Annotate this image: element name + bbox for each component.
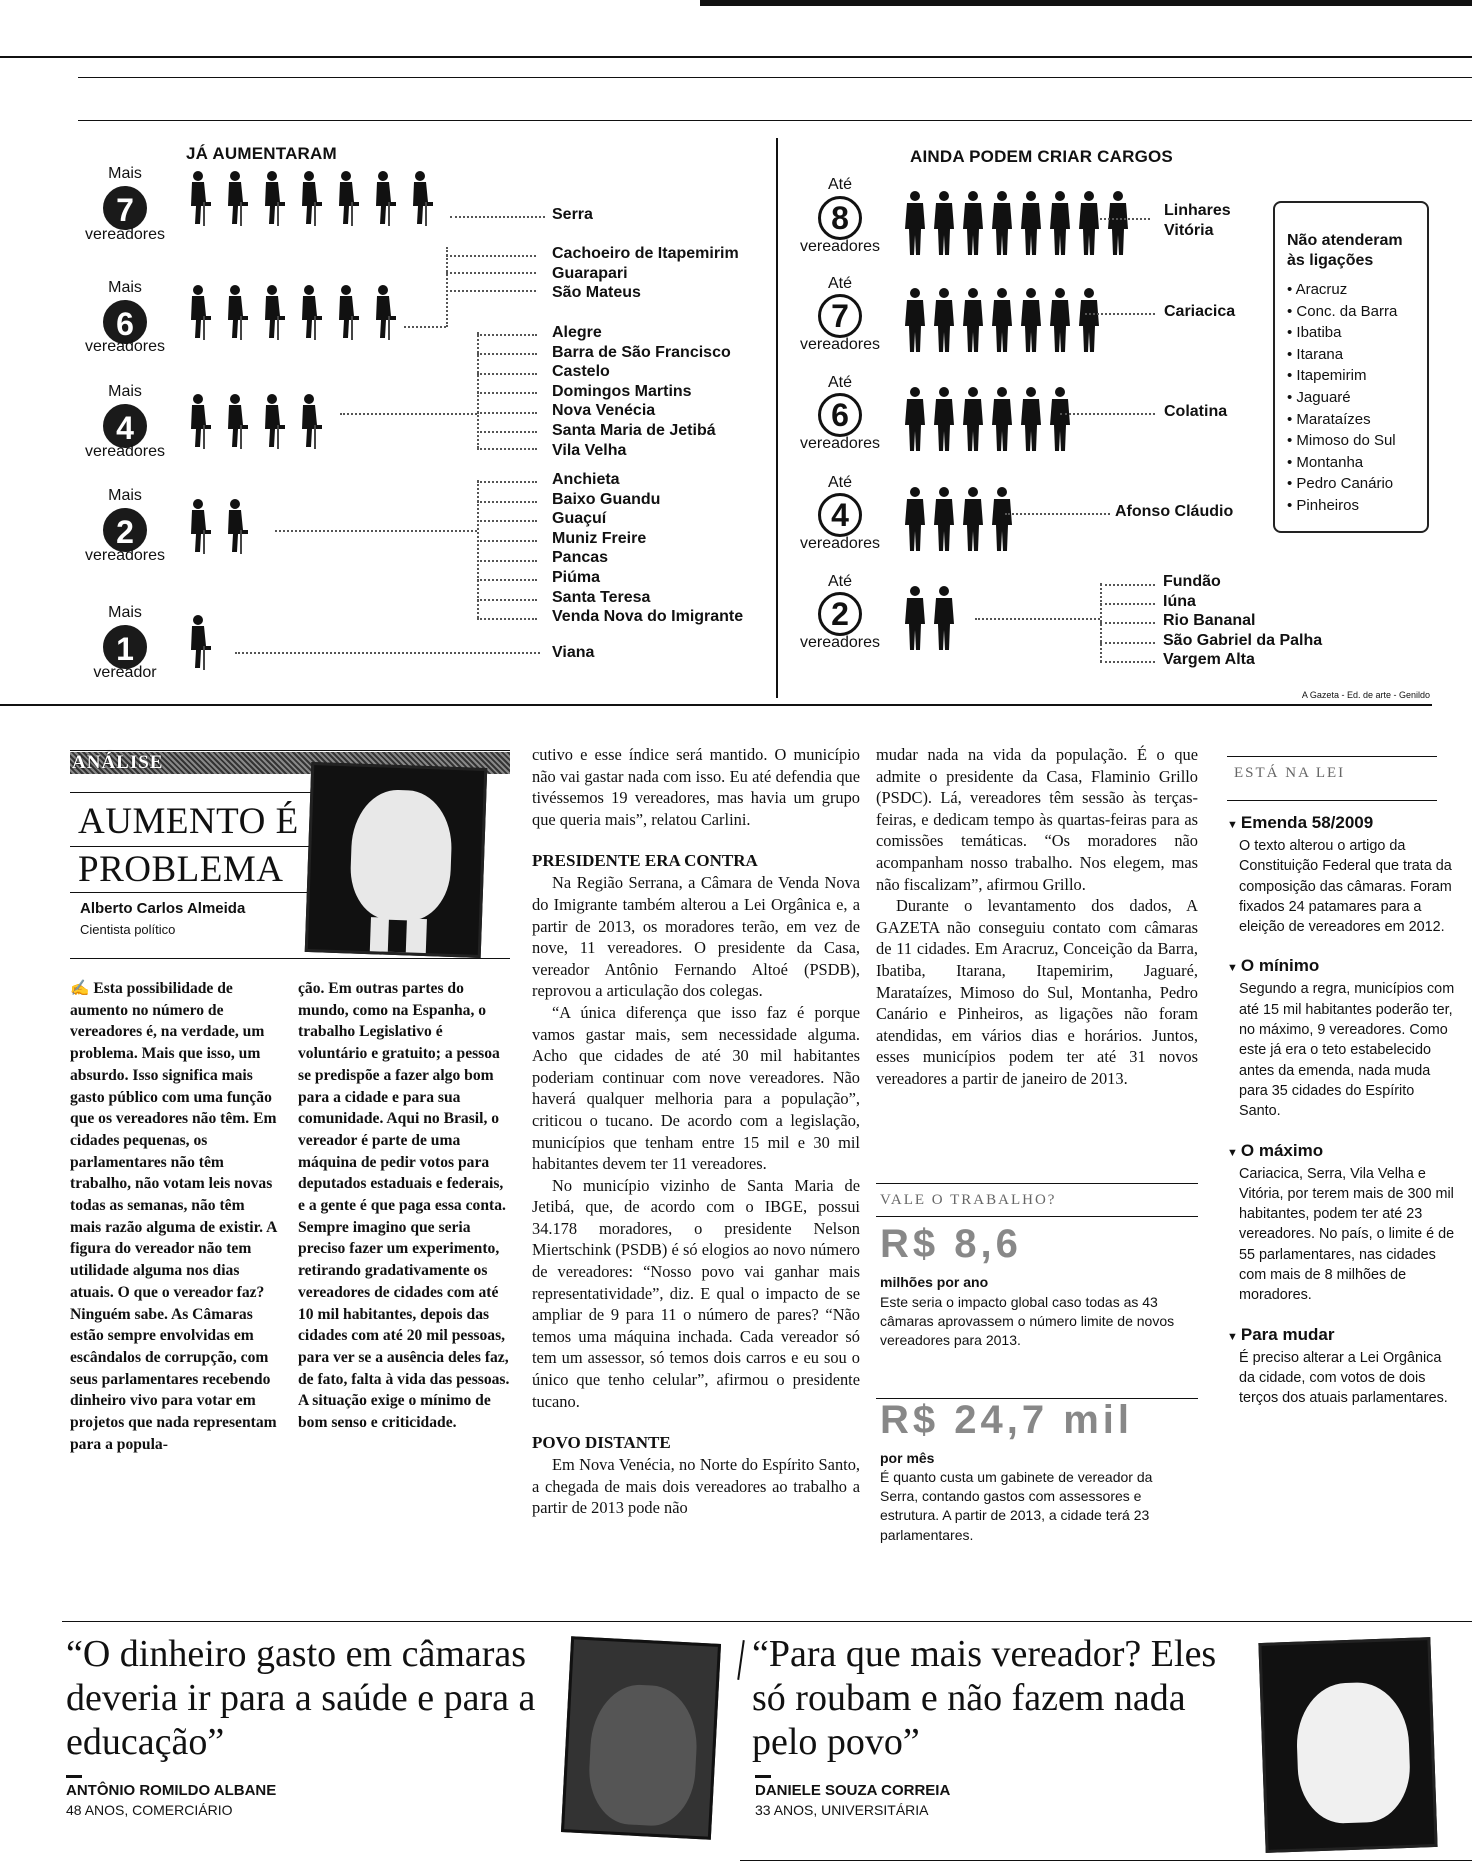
badge-prefix: Até — [785, 474, 895, 492]
badge-prefix: Mais — [70, 487, 180, 505]
city-name: Vargem Alta — [1163, 650, 1322, 670]
standing-person-icon — [932, 287, 956, 353]
triangle-down-icon: ▼ — [1227, 962, 1238, 974]
standing-person-icon — [961, 190, 985, 256]
quote-dash — [66, 1775, 82, 1778]
seated-person-icon — [368, 284, 398, 342]
connector-line — [477, 334, 537, 336]
connector-line — [477, 618, 537, 620]
subhead-presidente: PRESIDENTE ERA CONTRA — [532, 850, 860, 872]
no-answer-title: Não atenderam às ligações — [1287, 231, 1415, 271]
no-answer-item: • Conc. da Barra — [1287, 301, 1415, 323]
badge-suffix: vereadores — [70, 226, 180, 244]
infographic-left-title: JÁ AUMENTARAM — [186, 144, 337, 164]
triangle-down-icon: ▼ — [1227, 1331, 1238, 1343]
no-answer-item: • Jaguaré — [1287, 387, 1415, 409]
pen-icon: ✍ — [70, 980, 93, 997]
city-name: Vitória — [1164, 221, 1231, 241]
standing-person-icon — [961, 287, 985, 353]
badge-number-icon: 2 — [818, 592, 862, 636]
seated-person-icon — [368, 170, 398, 228]
standing-person-icon — [1048, 386, 1072, 452]
city-name: Castelo — [552, 362, 731, 382]
standing-person-icon — [961, 386, 985, 452]
analysis-bottom-rule — [70, 958, 510, 959]
badge-number-icon: 6 — [818, 393, 862, 437]
article-paragraph: Na Região Serrana, a Câmara de Venda Nov… — [532, 872, 860, 1002]
law-item: ▼Emenda 58/2009 O texto alterou o artigo… — [1227, 812, 1457, 937]
article-paragraph: “A única diferença que isso faz é porque… — [532, 1002, 860, 1175]
subhead-povo: POVO DISTANTE — [532, 1432, 860, 1454]
badge-prefix: Mais — [70, 165, 180, 183]
stat2-value: R$ 24,7 mil — [880, 1398, 1133, 1443]
standing-person-icon — [1019, 386, 1043, 452]
connector-line — [477, 599, 537, 601]
standing-person-icon — [990, 190, 1014, 256]
badge-number-icon: 7 — [103, 186, 147, 230]
headline-line1: AUMENTO É — [78, 800, 299, 844]
city-name: Piúma — [552, 568, 743, 588]
seated-person-icon — [220, 498, 250, 556]
worth-section-header: VALE O TRABALHO? — [880, 1192, 1056, 1209]
connector-line — [477, 501, 537, 503]
author-name: Alberto Carlos Almeida — [80, 900, 245, 917]
seated-person-icon — [183, 393, 213, 451]
badge-prefix: Até — [785, 176, 895, 194]
standing-person-icon — [903, 190, 927, 256]
standing-people-group — [903, 190, 1130, 256]
standing-person-icon — [903, 585, 927, 651]
seated-person-icon — [257, 393, 287, 451]
law-list: ▼Emenda 58/2009 O texto alterou o artigo… — [1227, 812, 1457, 1427]
badge-prefix: Mais — [70, 604, 180, 622]
quotes-bottom-rule — [740, 1860, 1472, 1861]
connector-line — [477, 373, 537, 375]
article-paragraph: Em Nova Venécia, no Norte do Espírito Sa… — [532, 1454, 860, 1519]
city-name: Vila Velha — [552, 441, 731, 461]
top-black-bar — [700, 0, 1472, 6]
quote-dash — [755, 1775, 771, 1778]
author-role: Cientista político — [80, 922, 175, 937]
city-list-ate-8: Linhares Vitória — [1164, 201, 1231, 240]
connector-line — [1100, 584, 1155, 586]
standing-person-icon — [903, 287, 927, 353]
quote-1-face — [587, 1682, 700, 1827]
connector-line — [1100, 622, 1155, 624]
triangle-down-icon: ▼ — [1227, 819, 1238, 831]
badge-suffix: vereadores — [785, 535, 895, 553]
city-name: Cachoeiro de Itapemirim — [552, 244, 739, 264]
article-column-4: mudar nada na vida da população. É o que… — [876, 744, 1198, 1090]
seated-person-icon — [331, 170, 361, 228]
quote-2-photo — [1258, 1637, 1437, 1853]
badge-number-icon: 4 — [818, 493, 862, 537]
connector-line — [477, 392, 537, 394]
quote-2-role: 33 ANOS, UNIVERSITÁRIA — [755, 1802, 929, 1818]
connector-line — [975, 618, 1100, 620]
badge-prefix: Até — [785, 573, 895, 591]
standing-people-group — [903, 486, 1014, 552]
connector-line — [404, 326, 446, 328]
badge-suffix: vereadores — [70, 547, 180, 565]
seated-person-icon — [183, 284, 213, 342]
badge-prefix: Mais — [70, 383, 180, 401]
infographic-divider — [776, 138, 778, 698]
connector-line — [1100, 218, 1150, 220]
article-column-3: cutivo e esse índice será mantido. O mun… — [532, 744, 860, 1519]
seated-people-group — [183, 284, 398, 342]
law-section-header: ESTÁ NA LEI — [1234, 765, 1345, 782]
analysis-section-label: ANÁLISE — [72, 752, 163, 774]
quote-2-name: DANIELE SOUZA CORREIA — [755, 1782, 950, 1799]
headline-line2: PROBLEMA — [78, 848, 283, 892]
city-list-4: Alegre Barra de São Francisco Castelo Do… — [552, 323, 731, 460]
standing-people-group — [903, 585, 956, 651]
law-rule — [1227, 800, 1437, 801]
badge-prefix: Até — [785, 374, 895, 392]
connector-line — [450, 216, 545, 218]
badge-number-icon: 4 — [103, 404, 147, 448]
city-name: Barra de São Francisco — [552, 343, 731, 363]
headline-rule — [70, 892, 310, 893]
connector-line — [446, 272, 536, 274]
city-name: Venda Nova do Imigrante — [552, 607, 743, 627]
city-name: Colatina — [1164, 402, 1227, 422]
law-item: ▼Para mudar É preciso alterar a Lei Orgâ… — [1227, 1324, 1457, 1409]
triangle-down-icon: ▼ — [1227, 1147, 1238, 1159]
connector-line — [477, 520, 537, 522]
standing-person-icon — [932, 190, 956, 256]
analysis-column-2: ção. Em outras partes do mundo, como na … — [298, 978, 510, 1434]
connector-line — [1100, 603, 1155, 605]
author-photo — [305, 762, 488, 958]
connector-line — [1100, 661, 1155, 663]
badge-suffix: vereadores — [785, 336, 895, 354]
city-name: Iúna — [1163, 592, 1322, 612]
standing-person-icon — [932, 585, 956, 651]
stat2-unit: por mês — [880, 1450, 934, 1466]
badge-number-icon: 7 — [818, 294, 862, 338]
quote-2-text: “Para que mais vereador? Eles só roubam … — [752, 1632, 1252, 1764]
connector-line — [477, 560, 537, 562]
standing-person-icon — [990, 486, 1014, 552]
stat1-unit: milhões por ano — [880, 1274, 988, 1290]
no-answer-item: • Marataízes — [1287, 409, 1415, 431]
standing-person-icon — [1077, 287, 1101, 353]
stat2-description: É quanto custa um gabinete de vereador d… — [880, 1468, 1180, 1545]
quotes-top-rule — [62, 1621, 1472, 1622]
seated-person-icon — [183, 614, 213, 672]
connector-line — [477, 353, 537, 355]
city-name: Baixo Guandu — [552, 490, 743, 510]
standing-person-icon — [1077, 190, 1101, 256]
standing-people-group — [903, 386, 1072, 452]
standing-people-group — [903, 287, 1101, 353]
city-name: Alegre — [552, 323, 731, 343]
seated-person-icon — [294, 284, 324, 342]
seated-person-icon — [331, 284, 361, 342]
badge-suffix: vereador — [70, 664, 180, 682]
seated-person-icon — [220, 393, 250, 451]
city-name: Serra — [552, 205, 593, 225]
city-name: Pancas — [552, 548, 743, 568]
seated-people-group — [183, 393, 324, 451]
standing-person-icon — [1019, 190, 1043, 256]
city-list-ate-6: Colatina — [1164, 402, 1227, 422]
standing-person-icon — [1048, 190, 1072, 256]
analysis-top-rule — [70, 750, 510, 751]
no-answer-box: Não atenderam às ligações • Aracruz • Co… — [1273, 201, 1429, 533]
top-rule — [0, 56, 1472, 58]
city-name: São Mateus — [552, 283, 739, 303]
seated-person-icon — [183, 170, 213, 228]
connector-line — [1005, 513, 1110, 515]
analysis-column-1: ✍ Esta possibilidade de aumento no númer… — [70, 978, 278, 1455]
connector-line — [477, 540, 537, 542]
seated-people-group — [183, 170, 435, 228]
author-tie — [388, 920, 407, 958]
badge-suffix: vereadores — [785, 634, 895, 652]
badge-suffix: vereadores — [785, 238, 895, 256]
connector-line — [235, 652, 540, 654]
quote-2-face — [1295, 1681, 1412, 1825]
badge-number-icon: 1 — [103, 625, 147, 669]
article-paragraph: Durante o levantamento dos dados, A GAZE… — [876, 895, 1198, 1089]
infographic-credit: A Gazeta - Ed. de arte - Genildo — [1302, 690, 1430, 700]
connector-line — [340, 413, 477, 415]
quote-1-text: “O dinheiro gasto em câmaras deveria ir … — [66, 1632, 536, 1764]
header-rule-2 — [78, 120, 1472, 121]
law-item: ▼O máximo Cariacica, Serra, Vila Velha e… — [1227, 1140, 1457, 1306]
city-name: Linhares — [1164, 201, 1231, 221]
standing-person-icon — [903, 386, 927, 452]
no-answer-item: • Mimoso do Sul — [1287, 430, 1415, 452]
city-name: Domingos Martins — [552, 382, 731, 402]
standing-person-icon — [1019, 287, 1043, 353]
connector-line — [275, 530, 477, 532]
standing-person-icon — [932, 386, 956, 452]
badge-prefix: Mais — [70, 279, 180, 297]
law-top-rule — [1227, 756, 1437, 757]
city-name: São Gabriel da Palha — [1163, 631, 1322, 651]
city-name: Anchieta — [552, 470, 743, 490]
article-paragraph: cutivo e esse índice será mantido. O mun… — [532, 744, 860, 830]
connector-brace — [446, 247, 448, 327]
law-item: ▼O mínimo Segundo a regra, municípios co… — [1227, 955, 1457, 1121]
standing-person-icon — [1106, 190, 1130, 256]
author-face — [349, 788, 453, 921]
standing-person-icon — [961, 486, 985, 552]
badge-suffix: vereadores — [785, 435, 895, 453]
connector-line — [477, 448, 537, 450]
no-answer-item: • Aracruz — [1287, 279, 1415, 301]
badge-suffix: vereadores — [70, 338, 180, 356]
badge-suffix: vereadores — [70, 443, 180, 461]
no-answer-item: • Pinheiros — [1287, 495, 1415, 517]
city-name: Afonso Cláudio — [1115, 502, 1233, 522]
connector-line — [1085, 313, 1155, 315]
city-name: Santa Teresa — [552, 588, 743, 608]
city-name: Guarapari — [552, 264, 739, 284]
header-rule-1 — [78, 77, 1472, 78]
infographic-bottom-rule — [0, 704, 1432, 706]
standing-person-icon — [1048, 287, 1072, 353]
city-name: Santa Maria de Jetibá — [552, 421, 731, 441]
connector-line — [446, 290, 536, 292]
no-answer-item: • Ibatiba — [1287, 322, 1415, 344]
connector-line — [1060, 413, 1155, 415]
seated-person-icon — [294, 170, 324, 228]
city-name: Rio Bananal — [1163, 611, 1322, 631]
connector-line — [477, 412, 537, 414]
quote-1-name: ANTÔNIO ROMILDO ALBANE — [66, 1782, 276, 1799]
no-answer-item: • Pedro Canário — [1287, 473, 1415, 495]
no-answer-item: • Montanha — [1287, 452, 1415, 474]
standing-person-icon — [990, 386, 1014, 452]
city-name: Cariacica — [1164, 302, 1235, 322]
city-list-ate-2: Fundão Iúna Rio Bananal São Gabriel da P… — [1163, 572, 1322, 670]
connector-line — [446, 255, 536, 257]
worth-rule — [876, 1216, 1198, 1217]
standing-person-icon — [932, 486, 956, 552]
city-list-1: Viana — [552, 643, 594, 663]
article-paragraph: mudar nada na vida da população. É o que… — [876, 744, 1198, 895]
badge-number-icon: 2 — [103, 508, 147, 552]
article-paragraph: No município vizinho de Santa Maria de J… — [532, 1175, 860, 1413]
city-name: Muniz Freire — [552, 529, 743, 549]
seated-person-icon — [257, 284, 287, 342]
standing-person-icon — [903, 486, 927, 552]
city-name: Guaçuí — [552, 509, 743, 529]
no-answer-item: • Itarana — [1287, 344, 1415, 366]
city-list-6: Cachoeiro de Itapemirim Guarapari São Ma… — [552, 244, 739, 303]
no-answer-item: • Itapemirim — [1287, 365, 1415, 387]
seated-person-icon — [220, 170, 250, 228]
quote-divider — [737, 1640, 745, 1680]
connector-line — [1100, 642, 1155, 644]
stat1-description: Este seria o impacto global caso todas a… — [880, 1293, 1180, 1351]
connector-line — [477, 431, 537, 433]
connector-line — [477, 579, 537, 581]
connector-line — [477, 481, 537, 483]
seated-people-group — [183, 614, 213, 672]
seated-people-group — [183, 498, 250, 556]
city-name: Fundão — [1163, 572, 1322, 592]
analysis-rule — [70, 792, 315, 793]
standing-person-icon — [990, 287, 1014, 353]
seated-person-icon — [294, 393, 324, 451]
city-list-7: Serra — [552, 205, 593, 225]
city-list-ate-7: Cariacica — [1164, 302, 1235, 322]
city-list-2: Anchieta Baixo Guandu Guaçuí Muniz Freir… — [552, 470, 743, 627]
quote-1-photo — [561, 1636, 721, 1840]
city-name: Viana — [552, 643, 594, 663]
headline-rule — [70, 846, 310, 847]
city-list-ate-4: Afonso Cláudio — [1115, 502, 1233, 522]
seated-person-icon — [220, 284, 250, 342]
infographic-right-title: AINDA PODEM CRIAR CARGOS — [910, 147, 1173, 167]
worth-top-rule — [876, 1183, 1198, 1184]
seated-person-icon — [183, 498, 213, 556]
badge-number-icon: 8 — [818, 196, 862, 240]
badge-prefix: Até — [785, 275, 895, 293]
seated-person-icon — [257, 170, 287, 228]
seated-person-icon — [405, 170, 435, 228]
stat1-value: R$ 8,6 — [880, 1222, 1022, 1267]
quote-1-role: 48 ANOS, COMERCIÁRIO — [66, 1802, 232, 1818]
city-name: Nova Venécia — [552, 401, 731, 421]
